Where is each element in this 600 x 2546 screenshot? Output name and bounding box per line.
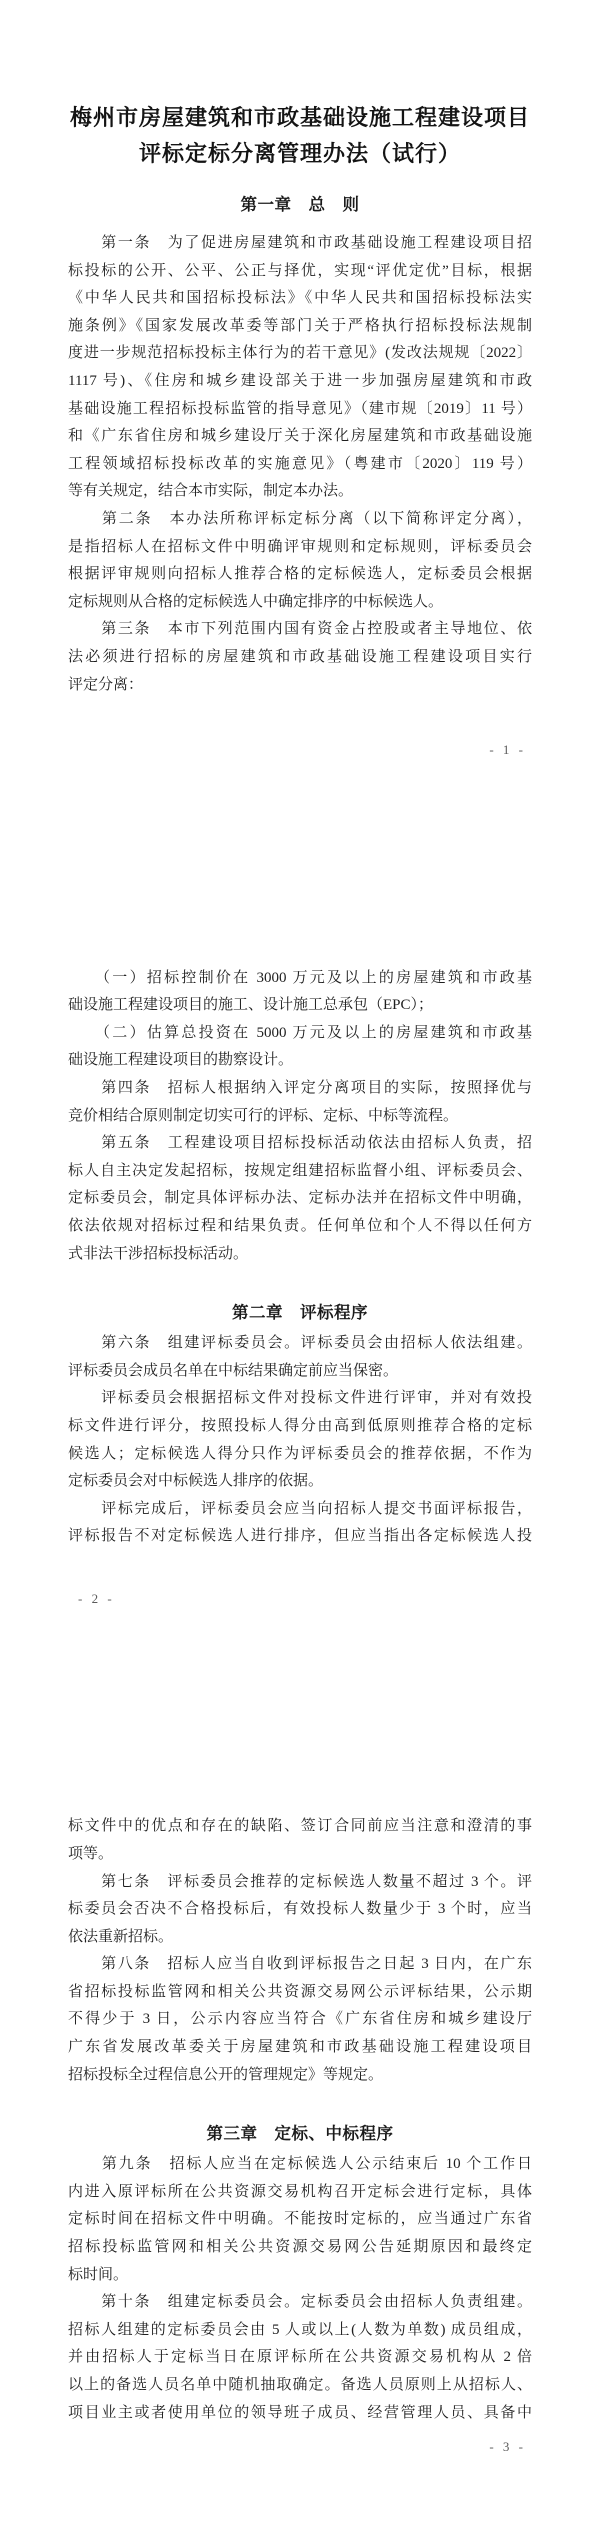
text-line: 法必须进行招标的房屋建筑和市政基础设施工程建设项目实行 [68,644,532,672]
text-line: 第一条 为了促进房屋建筑和市政基础设施工程建设项目招 [68,230,532,258]
text-line: 候选人；定标候选人得分只作为评标委员会的推荐依据，不作为 [68,1441,532,1469]
text-line: 标时间。 [68,2262,532,2290]
text-line: 定标委员会对中标候选人排序的依据。 [68,1468,532,1496]
text-line: （二）估算总投资在 5000 万元及以上的房屋建筑和市政基 [68,1020,532,1048]
page-number-1: - 1 - [489,742,526,758]
text-line: 依法依规对招标过程和结果负责。任何单位和个人不得以任何方 [68,1213,532,1241]
document-title-line: 评标定标分离管理办法（试行） [68,136,532,172]
text-line: 内进入原评标所在公共资源交易机构召开定标会进行定标，具体 [68,2179,532,2207]
text-line: 第四条 招标人根据纳入评定分离项目的实际，按照择优与 [68,1075,532,1103]
text-line: 等有关规定，结合本市实际，制定本办法。 [68,478,532,506]
text-line: 是指招标人在招标文件中明确评审规则和定标规则，评标委员会 [68,534,532,562]
text-line: 基础设施工程招标投标监管的指导意见》（建市规〔2019〕11 号） [68,396,532,424]
text-line: 评标委员会成员名单在中标结果确定前应当保密。 [68,1358,532,1386]
text-line: 定标规则从合格的定标候选人中确定排序的中标候选人。 [68,589,532,617]
text-line: 标投标的公开、公平、公正与择优，实现“评优定优”目标，根据 [68,258,532,286]
page-1: 梅州市房屋建筑和市政基础设施工程建设项目评标定标分离管理办法（试行）第一章 总 … [0,0,600,849]
text-line: 定标委员会，制定具体评标办法、定标办法并在招标文件中明确， [68,1185,532,1213]
text-line: 1117 号)、《住房和城乡建设部关于进一步加强房屋建筑和市政 [68,368,532,396]
page-number-3: - 3 - [489,2439,526,2455]
text-line: 第七条 评标委员会推荐的定标候选人数量不超过 3 个。评 [68,1869,532,1897]
text-line: 《中华人民共和国招标投标法》《中华人民共和国招标投标法实 [68,285,532,313]
text-line: 施条例》《国家发展改革委等部门关于严格执行招标投标法规制 [68,313,532,341]
document-view: 梅州市房屋建筑和市政基础设施工程建设项目评标定标分离管理办法（试行）第一章 总 … [0,0,600,2546]
text-line: 评标报告不对定标候选人进行排序，但应当指出各定标候选人投 [68,1523,532,1551]
text-line: 评定分离： [68,672,532,700]
text-line: 以上的备选人员名单中随机抽取确定。备选人员原则上从招标人、 [68,2372,532,2400]
text-line: （一）招标控制价在 3000 万元及以上的房屋建筑和市政基 [68,965,532,993]
page-1-text-block: 梅州市房屋建筑和市政基础设施工程建设项目评标定标分离管理办法（试行）第一章 总 … [68,0,532,699]
page-number-2: - 2 - [78,1591,115,1607]
text-line: 定标时间在招标文件中明确。不能按时定标的，应当通过广东省 [68,2206,532,2234]
text-line: 广东省发展改革委关于房屋建筑和市政基础设施工程建设项目 [68,2034,532,2062]
text-line: 工程领域招标投标改革的实施意见》（粤建市〔2020〕119 号） [68,451,532,479]
text-line: 评标完成后，评标委员会应当向招标人提交书面评标报告， [68,1496,532,1524]
text-line: 省招标投标监管网和相关公共资源交易网公示评标结果，公示期 [68,1979,532,2007]
document-title-line: 梅州市房屋建筑和市政基础设施工程建设项目 [68,100,532,136]
chapter-heading: 第一章 总 则 [68,190,532,220]
text-line: 标人自主决定发起招标，按规定组建招标监督小组、评标委员会、 [68,1158,532,1186]
text-line: 第三条 本市下列范围内国有资金占控股或者主导地位、依 [68,616,532,644]
text-line: 标文件中的优点和存在的缺陷、签订合同前应当注意和澄清的事 [68,1813,532,1841]
text-line: 度进一步规范招标投标主体行为的若干意见》(发改法规规〔2022〕 [68,340,532,368]
text-line: 第五条 工程建设项目招标投标活动依法由招标人负责，招 [68,1130,532,1158]
text-line: 第八条 招标人应当自收到评标报告之日起 3 日内，在广东 [68,1951,532,1979]
text-line: 评标委员会根据招标文件对投标文件进行评审，并对有效投 [68,1385,532,1413]
text-line: 项等。 [68,1841,532,1869]
page-3: 标文件中的优点和存在的缺陷、签订合同前应当注意和澄清的事项等。 第七条 评标委员… [0,1697,600,2546]
text-line: 招标投标监管网和相关公共资源交易网公告延期原因和最终定 [68,2234,532,2262]
text-line: 招标人组建的定标委员会由 5 人或以上(人数为单数) 成员组成， [68,2317,532,2345]
text-line: 项目业主或者使用单位的领导班子成员、经营管理人员、具备中 [68,2400,532,2428]
text-line: 式非法干涉招标投标活动。 [68,1241,532,1269]
chapter-heading: 第三章 定标、中标程序 [68,2119,532,2149]
text-line: 竞价相结合原则制定切实可行的评标、定标、中标等流程。 [68,1103,532,1131]
text-line: 并由招标人于定标当日在原评标所在公共资源交易机构从 2 倍 [68,2344,532,2372]
text-line: 标委员会否决不合格投标后，有效投标人数量少于 3 个时，应当 [68,1896,532,1924]
text-line: 和《广东省住房和城乡建设厅关于深化房屋建筑和市政基础设施 [68,423,532,451]
text-line: 第六条 组建评标委员会。评标委员会由招标人依法组建。 [68,1330,532,1358]
text-line: 依法重新招标。 [68,1924,532,1952]
chapter-heading: 第二章 评标程序 [68,1298,532,1328]
text-line: 础设施工程建设项目的勘察设计。 [68,1047,532,1075]
text-line: 础设施工程建设项目的施工、设计施工总承包（EPC）； [68,992,532,1020]
page-2: （一）招标控制价在 3000 万元及以上的房屋建筑和市政基础设施工程建设项目的施… [0,849,600,1698]
text-line: 不得少于 3 日，公示内容应当符合《广东省住房和城乡建设厅 [68,2006,532,2034]
text-line: 第二条 本办法所称评标定标分离（以下简称评定分离）， [68,506,532,534]
text-line: 第十条 组建定标委员会。定标委员会由招标人负责组建。 [68,2289,532,2317]
text-line: 标文件进行评分，按照投标人得分由高到低原则推荐合格的定标 [68,1413,532,1441]
page-2-text-block: （一）招标控制价在 3000 万元及以上的房屋建筑和市政基础设施工程建设项目的施… [68,849,532,1551]
text-line: 招标投标全过程信息公开的管理规定》等规定。 [68,2062,532,2090]
text-line: 第九条 招标人应当在定标候选人公示结束后 10 个工作日 [68,2151,532,2179]
page-3-text-block: 标文件中的优点和存在的缺陷、签订合同前应当注意和澄清的事项等。 第七条 评标委员… [68,1697,532,2427]
text-line: 根据评审规则向招标人推荐合格的定标候选人，定标委员会根据 [68,561,532,589]
